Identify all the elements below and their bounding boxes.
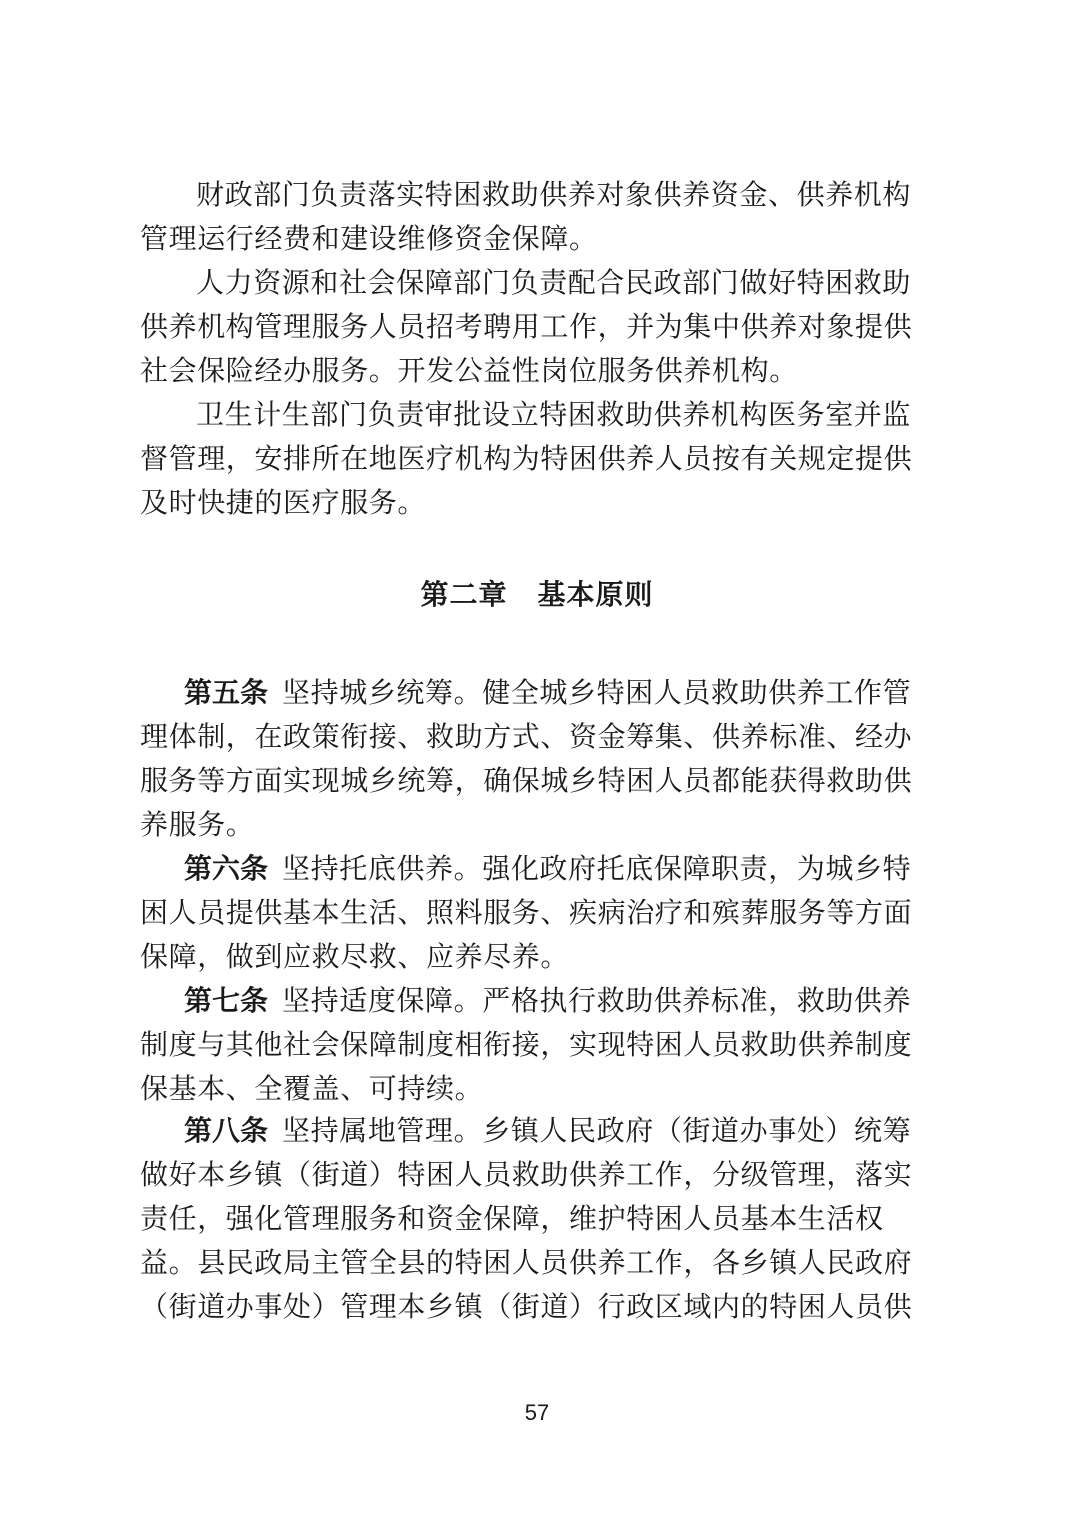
- article-first-line: 第七条坚持适度保障。严格执行救助供养标准，救助供养: [184, 984, 920, 1018]
- article-number: 第六条: [184, 852, 268, 885]
- article-line: 养服务。: [140, 808, 920, 842]
- article-line: 保基本、全覆盖、可持续。: [140, 1072, 920, 1106]
- paragraph-line: 社会保险经办服务。开发公益性岗位服务供养机构。: [140, 354, 920, 388]
- article-line: 困人员提供基本生活、照料服务、疾病治疗和殡葬服务等方面: [140, 896, 920, 930]
- chapter-heading: 第二章基本原则: [0, 578, 1074, 612]
- article-line: 服务等方面实现城乡统筹，确保城乡特困人员都能获得救助供: [140, 764, 920, 798]
- article-first-line: 第六条坚持托底供养。强化政府托底保障职责，为城乡特: [184, 852, 920, 886]
- article-line: 理体制，在政策衔接、救助方式、资金筹集、供养标准、经办: [140, 720, 920, 754]
- article-first-line: 第五条坚持城乡统筹。健全城乡特困人员救助供养工作管: [184, 676, 920, 710]
- article-line: 做好本乡镇（街道）特困人员救助供养工作，分级管理，落实: [140, 1158, 920, 1192]
- article-number: 第五条: [184, 676, 268, 709]
- paragraph-line: 及时快捷的医疗服务。: [140, 486, 920, 520]
- paragraph-line: 供养机构管理服务人员招考聘用工作，并为集中供养对象提供: [140, 310, 920, 344]
- paragraph-line: 督管理，安排所在地医疗机构为特困供养人员按有关规定提供: [140, 442, 920, 476]
- article-number: 第七条: [184, 984, 268, 1017]
- article-line: 制度与其他社会保障制度相衔接，实现特困人员救助供养制度: [140, 1028, 920, 1062]
- article-line: 责任，强化管理服务和资金保障，维护特困人员基本生活权: [140, 1202, 920, 1236]
- paragraph-line: 卫生计生部门负责审批设立特困救助供养机构医务室并监: [196, 398, 920, 432]
- article-text: 坚持托底供养。强化政府托底保障职责，为城乡特: [282, 852, 911, 885]
- article-text: 坚持适度保障。严格执行救助供养标准，救助供养: [282, 984, 911, 1017]
- chapter-number: 第二章: [420, 578, 507, 611]
- article-first-line: 第八条坚持属地管理。乡镇人民政府（街道办事处）统筹: [184, 1114, 920, 1148]
- article-text: 坚持属地管理。乡镇人民政府（街道办事处）统筹: [282, 1114, 911, 1147]
- paragraph-line: 人力资源和社会保障部门负责配合民政部门做好特困救助: [196, 266, 920, 300]
- paragraph-line: 财政部门负责落实特困救助供养对象供养资金、供养机构: [196, 178, 920, 212]
- article-line: 益。县民政局主管全县的特困人员供养工作，各乡镇人民政府: [140, 1246, 920, 1280]
- document-page: 财政部门负责落实特困救助供养对象供养资金、供养机构 管理运行经费和建设维修资金保…: [0, 0, 1074, 1520]
- article-line: （街道办事处）管理本乡镇（街道）行政区域内的特困人员供: [140, 1290, 920, 1324]
- article-line: 保障，做到应救尽救、应养尽养。: [140, 940, 920, 974]
- chapter-title: 基本原则: [538, 578, 654, 611]
- page-number: 57: [0, 1400, 1074, 1426]
- paragraph-line: 管理运行经费和建设维修资金保障。: [140, 222, 920, 256]
- article-number: 第八条: [184, 1114, 268, 1147]
- article-text: 坚持城乡统筹。健全城乡特困人员救助供养工作管: [282, 676, 911, 709]
